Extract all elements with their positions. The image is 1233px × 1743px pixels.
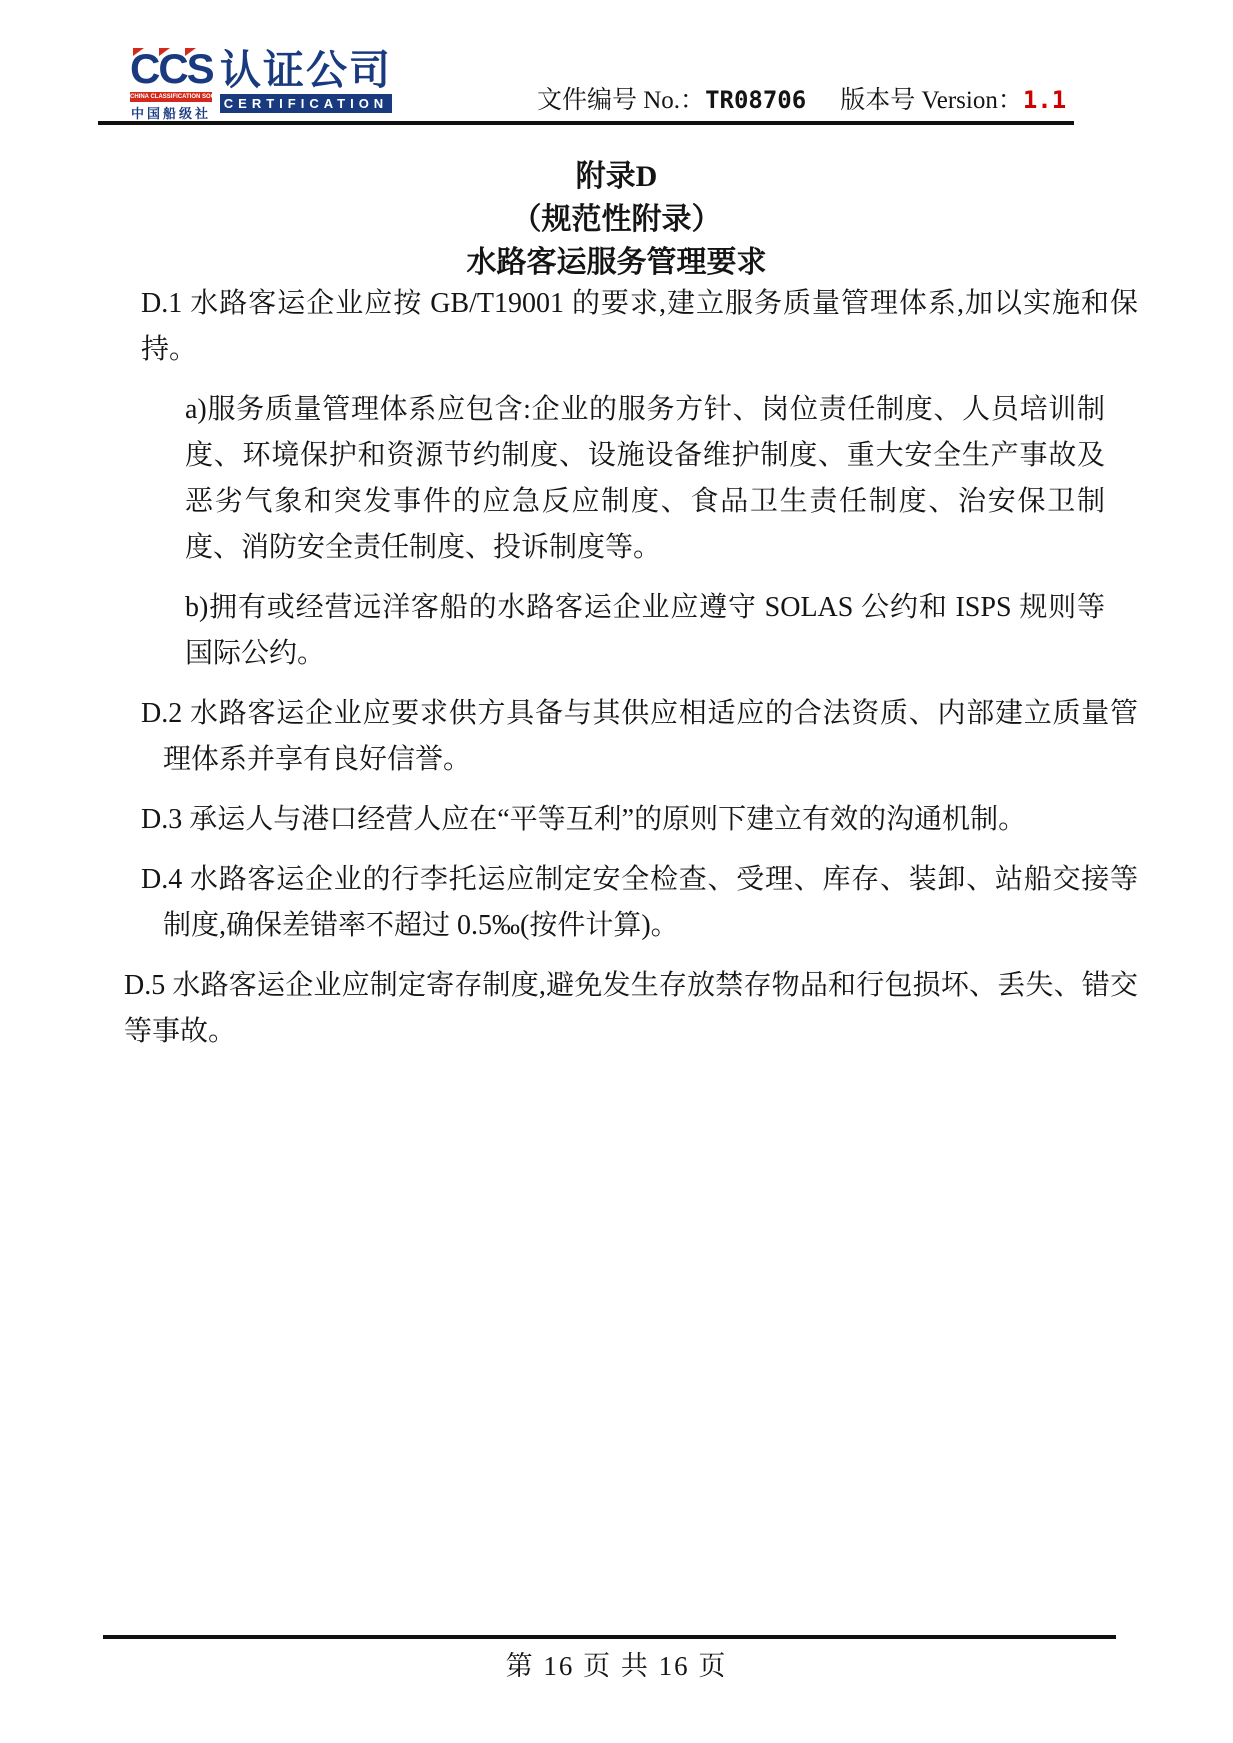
version-value: 1.1 xyxy=(1023,86,1066,114)
ccs-logo-text: CCS xyxy=(130,45,213,92)
ccs-logo: CCS CHINA CLASSIFICATION SOCIETY 中国船级社 认… xyxy=(130,48,392,122)
document-body: D.1 水路客运企业应按 GB/T19001 的要求,建立服务质量管理体系,加以… xyxy=(141,281,1138,1069)
paragraph-d1-b: b)拥有或经营远洋客船的水路客运企业应遵守 SOLAS 公约和 ISPS 规则等… xyxy=(185,585,1105,677)
footer-divider xyxy=(103,1635,1116,1639)
appendix-title: 附录D （规范性附录） 水路客运服务管理要求 xyxy=(0,155,1233,284)
certification-banner: CERTIFICATION xyxy=(220,94,392,113)
appendix-title-line3: 水路客运服务管理要求 xyxy=(0,241,1233,284)
doc-no-label: 文件编号 No.： xyxy=(537,87,705,114)
version-label: 版本号 Version： xyxy=(840,87,1023,114)
appendix-title-line1: 附录D xyxy=(0,155,1233,198)
society-cn-label: 中国船级社 xyxy=(130,103,212,122)
header-divider xyxy=(98,121,1074,125)
company-name-cn: 认证公司 xyxy=(220,48,392,92)
document-page: CCS CHINA CLASSIFICATION SOCIETY 中国船级社 认… xyxy=(0,0,1233,1743)
ccs-logo-wordmark: CCS xyxy=(130,48,212,90)
paragraph-d4: D.4 水路客运企业的行李托运应制定安全检查、受理、库存、装卸、站船交接等制度,… xyxy=(141,857,1138,949)
paragraph-d1: D.1 水路客运企业应按 GB/T19001 的要求,建立服务质量管理体系,加以… xyxy=(141,281,1138,373)
paragraph-d5: D.5 水路客运企业应制定寄存制度,避免发生存放禁存物品和行包损坏、丢失、错交等… xyxy=(124,963,1138,1055)
appendix-title-line2: （规范性附录） xyxy=(0,198,1233,241)
ccs-logo-right: 认证公司 CERTIFICATION xyxy=(220,48,392,113)
doc-no-value: TR08706 xyxy=(705,86,806,114)
page-number: 第 16 页 共 16 页 xyxy=(0,1644,1233,1683)
ccs-logo-left: CCS CHINA CLASSIFICATION SOCIETY 中国船级社 xyxy=(130,48,212,122)
paragraph-d2: D.2 水路客运企业应要求供方具备与其供应相适应的合法资质、内部建立质量管理体系… xyxy=(141,691,1138,783)
society-en-banner: CHINA CLASSIFICATION SOCIETY xyxy=(130,92,212,102)
paragraph-d3: D.3 承运人与港口经营人应在“平等互利”的原则下建立有效的沟通机制。 xyxy=(141,797,1138,843)
doc-meta: 文件编号 No.：TR08706版本号 Version：1.1 xyxy=(537,80,1066,116)
paragraph-d1-a: a)服务质量管理体系应包含:企业的服务方针、岗位责任制度、人员培训制度、环境保护… xyxy=(185,387,1105,571)
